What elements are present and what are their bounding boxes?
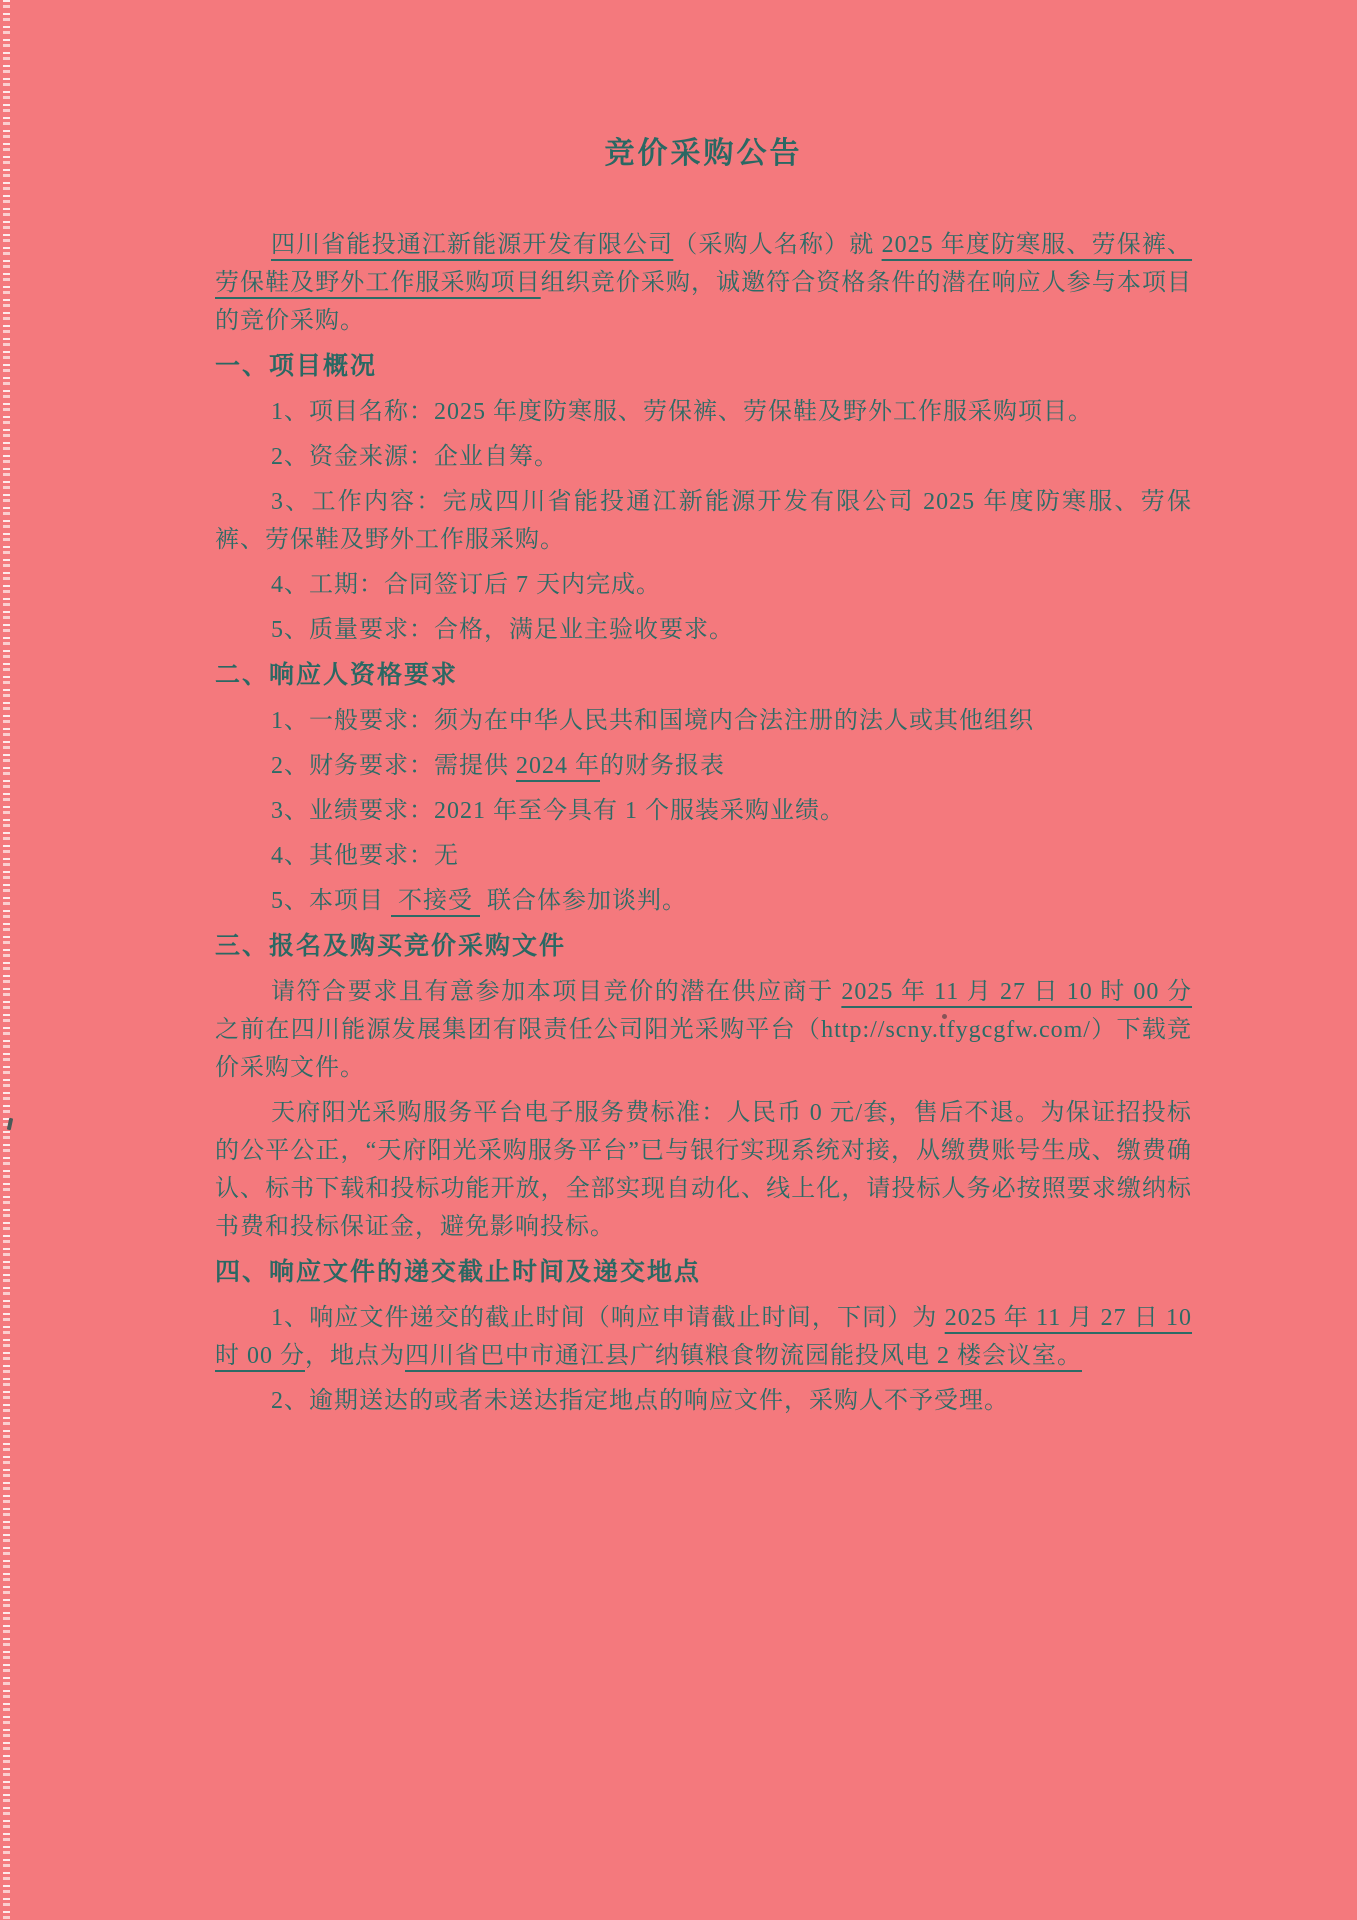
scan-speck bbox=[7, 1118, 13, 1131]
section4-item-1-text: 1、响应文件递交的截止时间（响应申请截止时间，下同）为 bbox=[271, 1305, 945, 1331]
section2-item-5-text-2: 联合体参加谈判。 bbox=[480, 888, 687, 914]
deadline-datetime-underlined: 2025 年 11 月 27 日 10 时 00 分 bbox=[841, 979, 1192, 1005]
section4-item-2: 2、逾期送达的或者未送达指定地点的响应文件，采购人不予受理。 bbox=[215, 1382, 1192, 1420]
section2-item-2-text-2: 的财务报表 bbox=[600, 753, 725, 779]
section3-heading: 三、报名及购买竞价采购文件 bbox=[215, 927, 1192, 965]
section3-p1-text: 请符合要求且有意参加本项目竞价的潜在供应商于 bbox=[271, 979, 841, 1005]
section3-paragraph-1: 请符合要求且有意参加本项目竞价的潜在供应商于 2025 年 11 月 27 日 … bbox=[215, 973, 1192, 1087]
section4-item-1-text-2: ，地点为 bbox=[305, 1343, 405, 1369]
scan-edge-artifact bbox=[3, 0, 10, 1920]
section1-item-2: 2、资金来源：企业自筹。 bbox=[215, 438, 1192, 476]
section2-item-1: 1、一般要求：须为在中华人民共和国境内合法注册的法人或其他组织 bbox=[215, 702, 1192, 740]
section2-item-2-text: 2、财务要求：需提供 bbox=[271, 753, 516, 779]
section1-heading: 一、项目概况 bbox=[215, 347, 1192, 385]
year-2024-underlined: 2024 年 bbox=[516, 753, 600, 779]
section3-p1-text-2: 之前在四川能源发展集团有限责任公司阳光采购平台（http://scny.tfyg… bbox=[215, 1017, 1192, 1081]
section2-item-5-text: 5、本项目 bbox=[271, 888, 391, 914]
section2-heading: 二、响应人资格要求 bbox=[215, 656, 1192, 694]
section2-item-5: 5、本项目 不接受 联合体参加谈判。 bbox=[215, 882, 1192, 920]
submission-location-underlined: 四川省巴中市通江县广纳镇粮食物流园能投风电 2 楼会议室。 bbox=[405, 1343, 1082, 1369]
section2-item-4: 4、其他要求：无 bbox=[215, 837, 1192, 875]
section3-paragraph-2: 天府阳光采购服务平台电子服务费标准：人民币 0 元/套，售后不退。为保证招投标的… bbox=[215, 1094, 1192, 1246]
intro-paragraph: 四川省能投通江新能源开发有限公司（采购人名称）就 2025 年度防寒服、劳保裤、… bbox=[215, 226, 1192, 340]
section1-item-3: 3、工作内容：完成四川省能投通江新能源开发有限公司 2025 年度防寒服、劳保裤… bbox=[215, 483, 1192, 559]
intro-text-1: （采购人名称）就 bbox=[673, 232, 881, 258]
section2-item-2: 2、财务要求：需提供 2024 年的财务报表 bbox=[215, 747, 1192, 785]
section1-item-5: 5、质量要求：合格，满足业主验收要求。 bbox=[215, 611, 1192, 649]
section1-item-4: 4、工期：合同签订后 7 天内完成。 bbox=[215, 566, 1192, 604]
document-title: 竞价采购公告 bbox=[215, 128, 1192, 172]
buyer-name-underlined: 四川省能投通江新能源开发有限公司 bbox=[271, 232, 673, 258]
scanned-document-page: 竞价采购公告 四川省能投通江新能源开发有限公司（采购人名称）就 2025 年度防… bbox=[0, 0, 1357, 1920]
section1-item-1: 1、项目名称：2025 年度防寒服、劳保裤、劳保鞋及野外工作服采购项目。 bbox=[215, 393, 1192, 431]
section2-item-3: 3、业绩要求：2021 年至今具有 1 个服装采购业绩。 bbox=[215, 792, 1192, 830]
section4-heading: 四、响应文件的递交截止时间及递交地点 bbox=[215, 1253, 1192, 1291]
document-body: 竞价采购公告 四川省能投通江新能源开发有限公司（采购人名称）就 2025 年度防… bbox=[215, 128, 1192, 1427]
not-accepted-underlined: 不接受 bbox=[391, 888, 480, 914]
section4-item-1: 1、响应文件递交的截止时间（响应申请截止时间，下同）为 2025 年 11 月 … bbox=[215, 1299, 1192, 1375]
